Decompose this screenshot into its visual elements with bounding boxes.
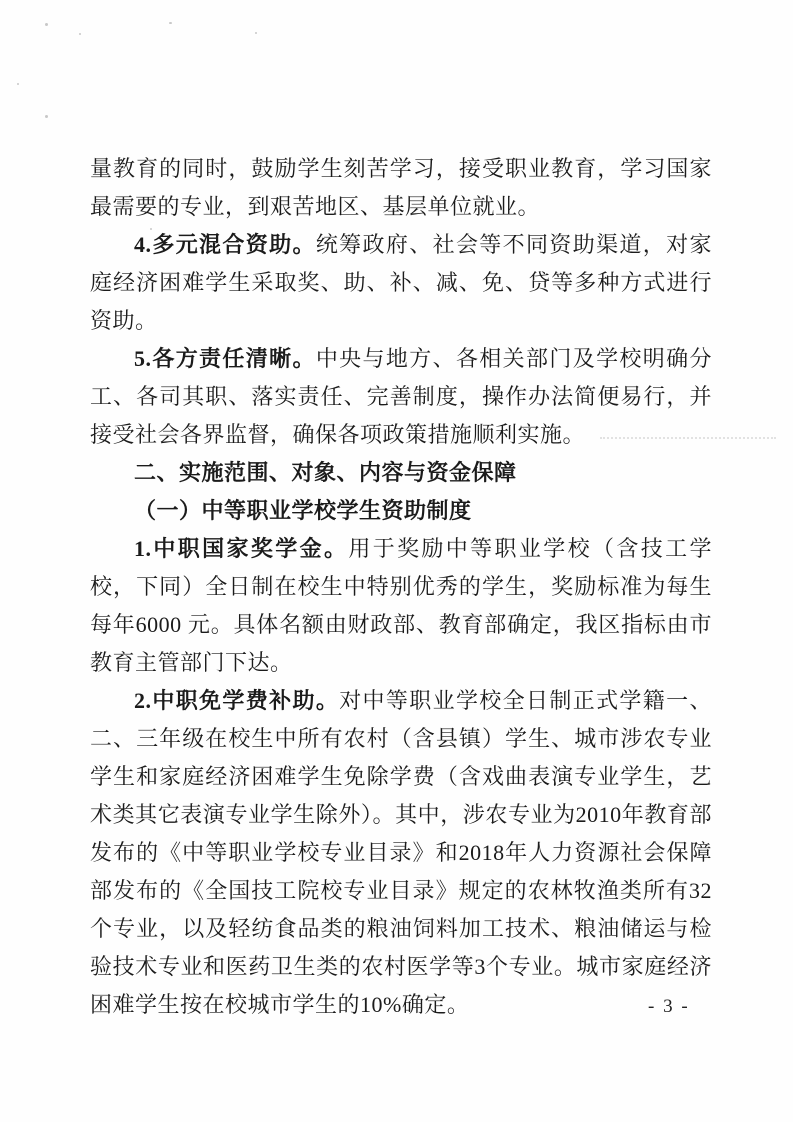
document-body: 量教育的同时，鼓励学生刻苦学习，接受职业教育，学习国家最需要的专业，到艰苦地区、…: [90, 150, 712, 1024]
item-2-lead: 2.中职免学费补助。: [134, 688, 339, 713]
scan-speck: [169, 22, 172, 24]
paragraph-item-5: 5.各方责任清晰。中央与地方、各相关部门及学校明确分工、各司其职、落实责任、完善…: [90, 340, 712, 454]
item-5-lead: 5.各方责任清晰。: [134, 346, 316, 371]
item-4-lead: 4.多元混合资助。: [134, 232, 316, 257]
scan-speck: [255, 32, 257, 34]
scan-speck: [17, 83, 19, 85]
paragraph-item-4: 4.多元混合资助。统筹政府、社会等不同资助渠道，对家庭经济困难学生采取奖、助、补…: [90, 226, 712, 340]
scan-speck: [45, 115, 48, 118]
item-1-lead: 1.中职国家奖学金。: [134, 536, 348, 561]
item-2-body: 对中等职业学校全日制正式学籍一、二、三年级在校生中所有农村（含县镇）学生、城市涉…: [90, 688, 712, 1017]
document-page: 量教育的同时，鼓励学生刻苦学习，接受职业教育，学习国家最需要的专业，到艰苦地区、…: [0, 0, 793, 1122]
subsection-heading-1: （一）中等职业学校学生资助制度: [90, 492, 712, 530]
page-number: - 3 -: [648, 996, 690, 1018]
section-heading-2: 二、实施范围、对象、内容与资金保障: [90, 454, 712, 492]
paragraph-item-1: 1.中职国家奖学金。用于奖励中等职业学校（含技工学校，下同）全日制在校生中特别优…: [90, 530, 712, 682]
scan-speck: [79, 33, 81, 35]
paragraph-continuation: 量教育的同时，鼓励学生刻苦学习，接受职业教育，学习国家最需要的专业，到艰苦地区、…: [90, 150, 712, 226]
scan-speck: [45, 23, 48, 26]
paragraph-item-2: 2.中职免学费补助。对中等职业学校全日制正式学籍一、二、三年级在校生中所有农村（…: [90, 682, 712, 1024]
